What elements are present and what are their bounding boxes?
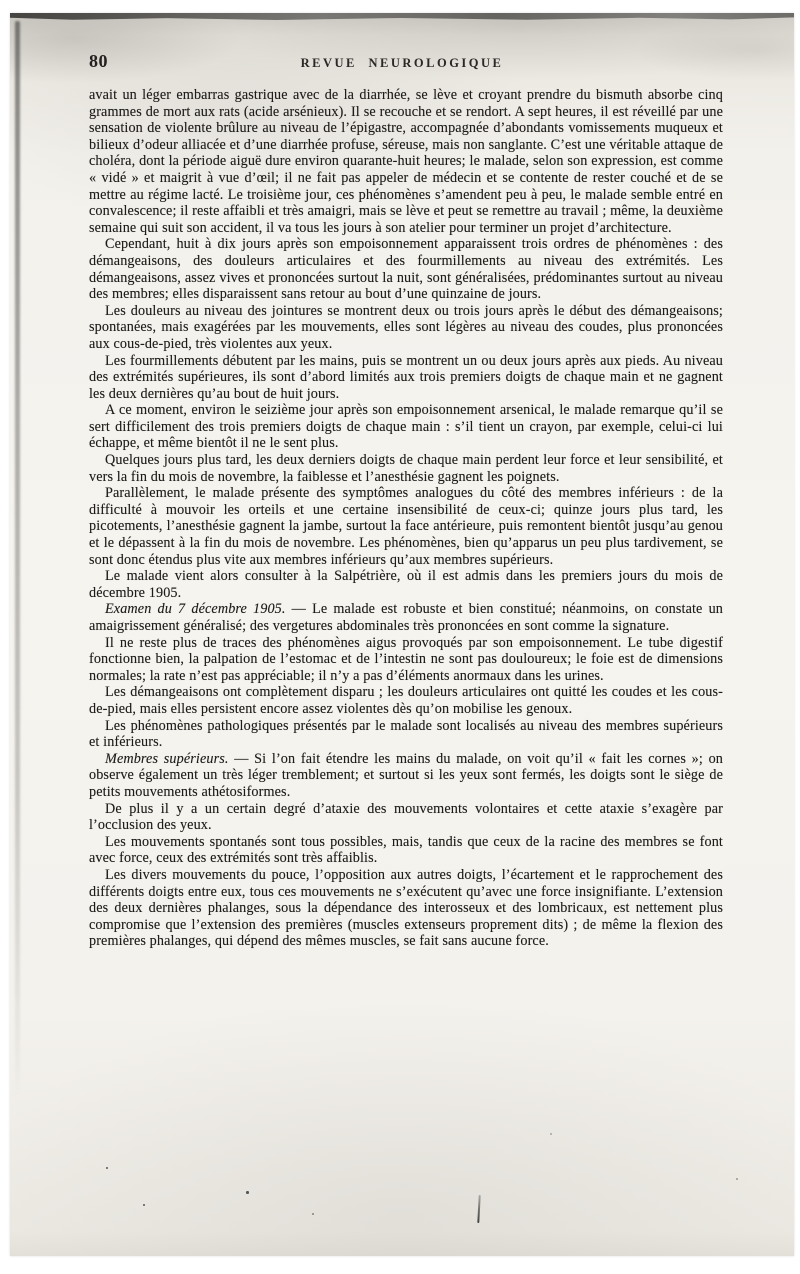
body-paragraph: Les mouvements spontanés sont tous possi… [89,834,723,867]
body-paragraph: Les douleurs au niveau des jointures se … [89,303,723,353]
ink-speck [246,1191,249,1194]
ink-speck [143,1204,145,1206]
body-paragraph: Membres supérieurs. — Si l’on fait étend… [89,751,723,801]
ink-speck [106,1167,108,1169]
body-paragraph: Les fourmillements débutent par les main… [89,353,723,403]
body-paragraph: Les phénomènes pathologiques présentés p… [89,718,723,751]
body-paragraph: De plus il y a un certain degré d’ataxie… [89,801,723,834]
italic-section-lead: Membres supérieurs. [105,751,229,767]
body-paragraph: A ce moment, environ le seizième jour ap… [89,402,723,452]
body-paragraph: Les divers mouvements du pouce, l’opposi… [89,867,723,950]
body-paragraph: Le malade vient alors consulter à la Sal… [89,568,723,601]
body-paragraph: Cependant, huit à dix jours après son em… [89,236,723,302]
body-paragraph: avait un léger embarras gastrique avec d… [89,87,723,236]
ink-speck [312,1213,314,1215]
ink-speck [550,1133,552,1135]
body-paragraph: Parallèlement, le malade présente des sy… [89,485,723,568]
ink-hair-mark [477,1195,480,1223]
torn-paper-edge-top [10,13,794,21]
body-paragraph: Il ne reste plus de traces des phénomène… [89,635,723,685]
scanned-page: 80 REVUE NEUROLOGIQUE avait un léger emb… [10,13,794,1256]
italic-section-lead: Examen du 7 décembre 1905. [105,601,286,617]
body-paragraph: Examen du 7 décembre 1905. — Le malade e… [89,601,723,634]
body-paragraph: Quelques jours plus tard, les deux derni… [89,452,723,485]
ink-speck [736,1178,738,1180]
left-binding-shadow [15,21,20,1101]
article-body: avait un léger embarras gastrique avec d… [89,87,723,950]
body-paragraph: Les démangeaisons ont complètement dispa… [89,684,723,717]
journal-title: REVUE NEUROLOGIQUE [10,56,794,71]
